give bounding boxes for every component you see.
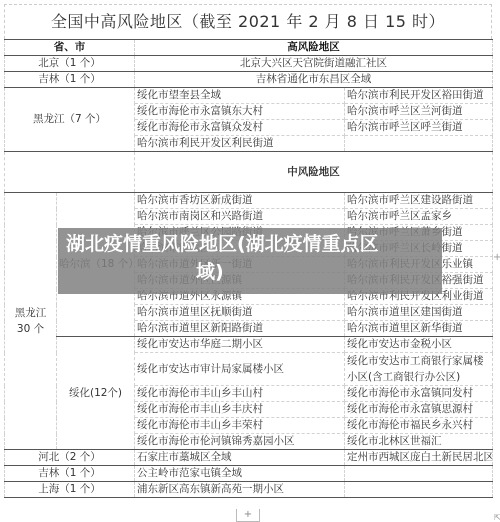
medium-risk-header: 中风险地区 [135, 152, 493, 193]
area-cell[interactable]: 哈尔滨市道里区新华街道 [345, 321, 493, 337]
area-cell[interactable]: 绥化市望奎县全域 [135, 88, 345, 104]
sheet-title: 全国中高风险地区（截至 2021 年 2 月 8 日 15 时） [4, 4, 492, 39]
area-cell[interactable]: 哈尔滨市呼兰区孟家乡 [345, 209, 493, 225]
area-cell[interactable]: 哈尔滨市呼兰区建设路街道 [345, 193, 493, 209]
area-cell[interactable]: 哈尔滨市呼兰区兰河街道 [345, 104, 493, 120]
area-cell[interactable]: 绥化市海伦市丰山乡丰庆村 [135, 402, 345, 418]
area-cell[interactable]: 哈尔滨市道里区建国街道 [345, 305, 493, 321]
province-cell[interactable]: 吉林（1 个） [5, 466, 135, 482]
area-cell[interactable]: 哈尔滨市利民开发区利民街道 [135, 136, 345, 152]
overlay-caption: 湖北疫情重风险地区(湖北疫情重点区 域) [66, 230, 426, 286]
high-risk-header: 高风险地区 [135, 40, 493, 56]
area-cell[interactable]: 哈尔滨市道里区新阳路街道 [135, 321, 345, 337]
area-cell[interactable] [345, 466, 493, 482]
area-cell[interactable] [345, 136, 493, 152]
area-cell[interactable]: 石家庄市藁城区全域 [135, 450, 345, 466]
area-cell[interactable]: 绥化市安达市工商银行家属楼小区(含工商银行办公区) [345, 353, 493, 386]
area-cell[interactable]: 吉林省通化市东昌区全域 [135, 72, 493, 88]
area-cell[interactable]: 绥化市海伦市永富镇思源村 [345, 402, 493, 418]
province-cell[interactable]: 上海（1 个） [5, 482, 135, 498]
province-cell[interactable]: 黑龙江 30 个 [5, 193, 57, 450]
area-cell[interactable]: 绥化市海伦市永富镇东大村 [135, 104, 345, 120]
area-cell[interactable]: 定州市西城区庞白土新民居北区 [345, 450, 493, 466]
city-cell[interactable]: 绥化(12个) [57, 337, 135, 450]
insert-row-icon[interactable]: + [493, 252, 500, 263]
area-cell[interactable]: 哈尔滨市香坊区新成街道 [135, 193, 345, 209]
overlay-line-2: 域) [66, 258, 426, 286]
add-sheet-button[interactable]: + [236, 509, 260, 522]
province-cell[interactable]: 吉林（1 个） [5, 72, 135, 88]
area-cell[interactable]: 绥化市海伦市丰山乡丰荣村 [135, 418, 345, 434]
area-cell[interactable]: 绥化市安达市金税小区 [345, 337, 493, 353]
area-cell[interactable]: 绥化市安达市审计局家属楼小区 [135, 353, 345, 386]
area-cell[interactable]: 哈尔滨市道里区抚顺街道 [135, 305, 345, 321]
area-cell[interactable]: 绥化市海伦市永富镇众发村 [135, 120, 345, 136]
province-cell[interactable]: 黑龙江（7 个） [5, 88, 135, 152]
area-cell[interactable]: 哈尔滨市呼兰区呼兰街道 [345, 120, 493, 136]
area-cell[interactable]: 哈尔滨市南岗区和兴路街道 [135, 209, 345, 225]
area-cell[interactable] [345, 482, 493, 498]
area-cell[interactable]: 公主岭市范家屯镇全域 [135, 466, 345, 482]
province-header: 省、市 [5, 40, 135, 56]
resize-handle-icon[interactable]: ⇱ [494, 513, 500, 522]
area-cell[interactable]: 绥化市海伦市福民乡永兴村 [345, 418, 493, 434]
area-cell[interactable]: 哈尔滨市利民开发区裕田街道 [345, 88, 493, 104]
area-cell[interactable]: 绥化市海伦市丰山乡丰山村 [135, 386, 345, 402]
empty-cell[interactable] [5, 152, 135, 193]
area-cell[interactable]: 绥化市北林区世福汇 [345, 434, 493, 450]
area-cell[interactable]: 浦东新区高东镇新高苑一期小区 [135, 482, 345, 498]
province-cell[interactable]: 北京（1 个） [5, 56, 135, 72]
area-cell[interactable]: 绥化市海伦市永富镇同发村 [345, 386, 493, 402]
overlay-line-1: 湖北疫情重风险地区(湖北疫情重点区 [66, 230, 426, 258]
area-cell[interactable]: 绥化市海伦市伦河镇锦秀嘉园小区 [135, 434, 345, 450]
area-cell[interactable]: 北京大兴区天宫院街道融汇社区 [135, 56, 493, 72]
area-cell[interactable]: 绥化市安达市华庭二期小区 [135, 337, 345, 353]
province-cell[interactable]: 河北（2 个） [5, 450, 135, 466]
